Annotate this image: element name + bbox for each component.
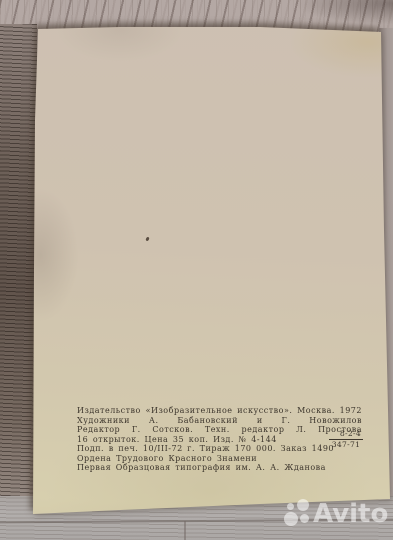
print-code-fraction: 8-2-4 347-71 [329, 430, 363, 449]
avito-logo-dot [300, 514, 309, 523]
avito-logo-icon [283, 499, 311, 528]
avito-logo-dot [284, 512, 298, 526]
imprint-line: Первая Образцовая типография им. А. А. Ж… [77, 463, 362, 473]
imprint-line: Ордена Трудового Красного Знамени [77, 454, 362, 464]
imprint-line: Редактор Г. Сотсков. Техн. редактор Л. П… [77, 425, 362, 435]
imprint-line: Издательство «Изобразительное искусство»… [77, 406, 362, 416]
listing-photo: Издательство «Изобразительное искусство»… [0, 0, 393, 540]
card-shadow: Издательство «Изобразительное искусство»… [0, 0, 393, 540]
avito-logo-dot [287, 503, 294, 510]
postcard-set-back-cover: Издательство «Изобразительное искусство»… [0, 0, 393, 540]
print-code-denominator: 347-71 [329, 440, 363, 449]
imprint-line: 16 открыток. Цена 35 коп. Изд. № 4-144 [77, 435, 362, 445]
avito-watermark: Avito [283, 499, 388, 528]
paper-speck [145, 237, 149, 242]
imprint-line: Художники А. Бабановский и Г. Новожилов [77, 416, 362, 426]
avito-wordmark: Avito [313, 500, 388, 528]
avito-logo-dot [297, 499, 309, 511]
print-code-numerator: 8-2-4 [329, 430, 363, 440]
imprint-line: Подп. в печ. 10/III-72 г. Тираж 170 000.… [77, 444, 362, 454]
imprint-text-block: Издательство «Изобразительное искусство»… [77, 406, 362, 473]
